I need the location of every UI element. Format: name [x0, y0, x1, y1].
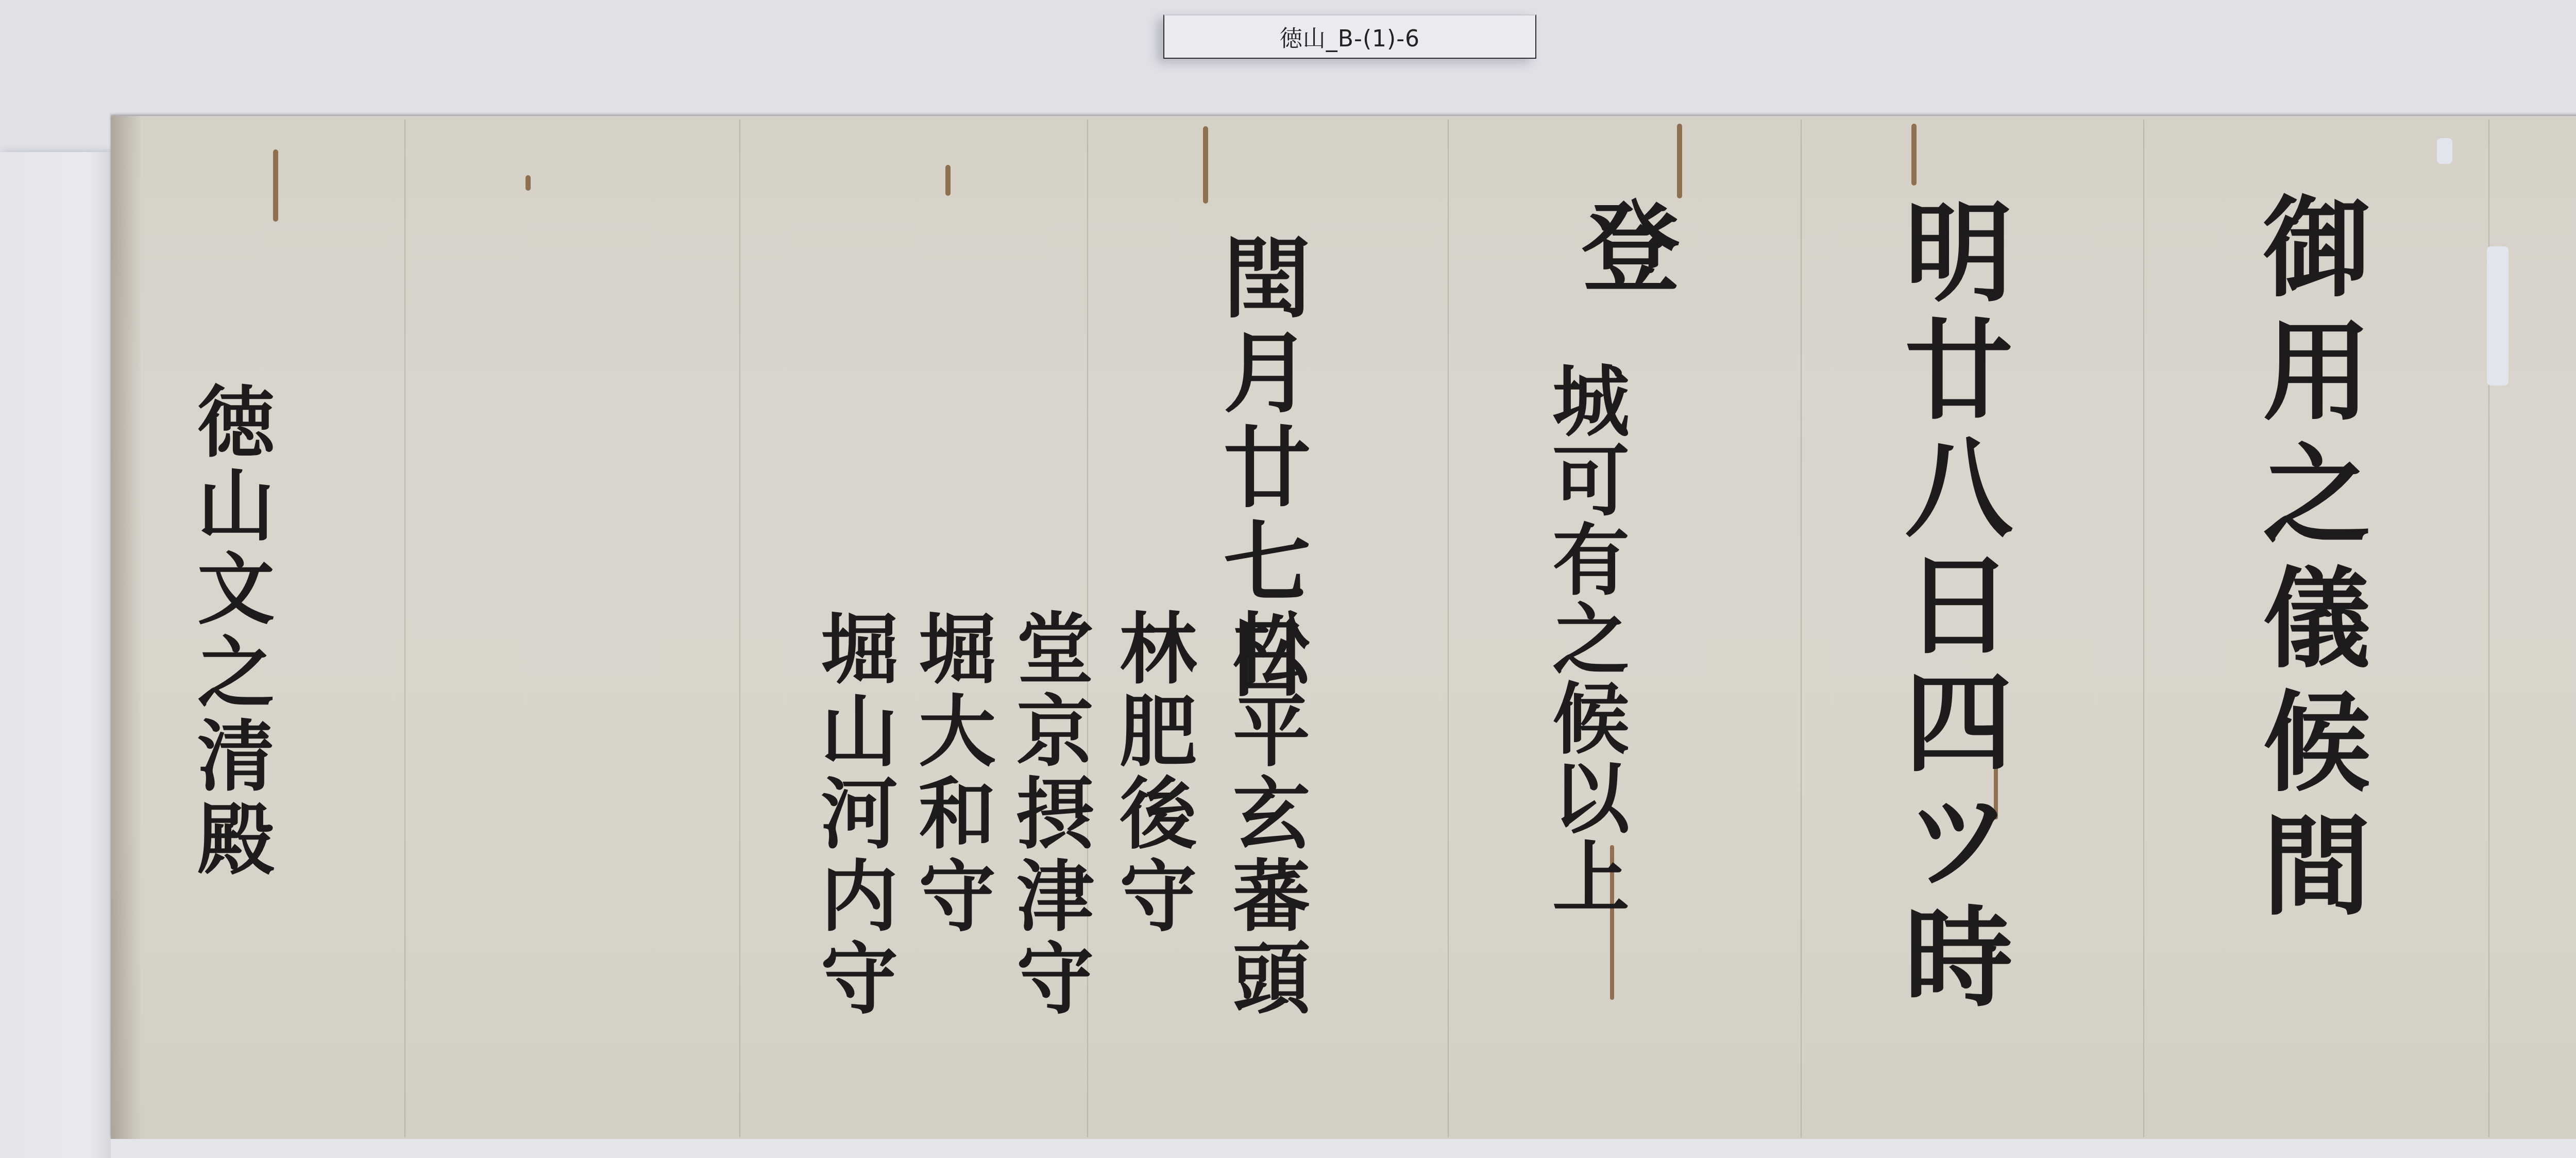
addressee-column: 徳山文之清殿	[191, 381, 268, 882]
catalog-label: 徳山_B-(1)-6	[1163, 14, 1536, 59]
fold-line	[404, 120, 405, 1137]
wormhole-mark	[1911, 124, 1917, 186]
signatory-5: 堀山河内守	[814, 608, 891, 1020]
wormhole-mark	[273, 149, 278, 222]
text-column-3: 城可有之候以上	[1546, 361, 1623, 916]
mounting-board-bottom	[111, 1139, 2576, 1158]
paper-edge-shadow	[111, 116, 142, 1139]
fold-line	[2143, 120, 2144, 1137]
signatory-1: 松平玄蕃頭	[1226, 608, 1303, 1020]
text-column-1: 御用之儀候間	[2254, 191, 2362, 933]
paper-tear	[2437, 138, 2452, 164]
wormhole-mark	[526, 175, 531, 191]
fold-line	[1448, 120, 1449, 1137]
paper-tear	[2487, 246, 2509, 385]
wormhole-mark	[945, 165, 951, 196]
wormhole-mark	[1677, 124, 1682, 198]
wormhole-mark	[1203, 126, 1208, 204]
mounting-board-left	[0, 152, 111, 1158]
fold-line	[1801, 120, 1802, 1137]
signatory-4: 堀大和守	[912, 608, 989, 938]
signatory-3: 堂京摂津守	[1010, 608, 1087, 1020]
document-paper	[111, 116, 2576, 1139]
fold-line	[739, 120, 740, 1137]
text-column-3-raised: 登	[1574, 196, 1672, 314]
signatory-2: 林肥後守	[1113, 608, 1190, 938]
text-column-2: 明廿八日四ツ時	[1896, 196, 2004, 1018]
